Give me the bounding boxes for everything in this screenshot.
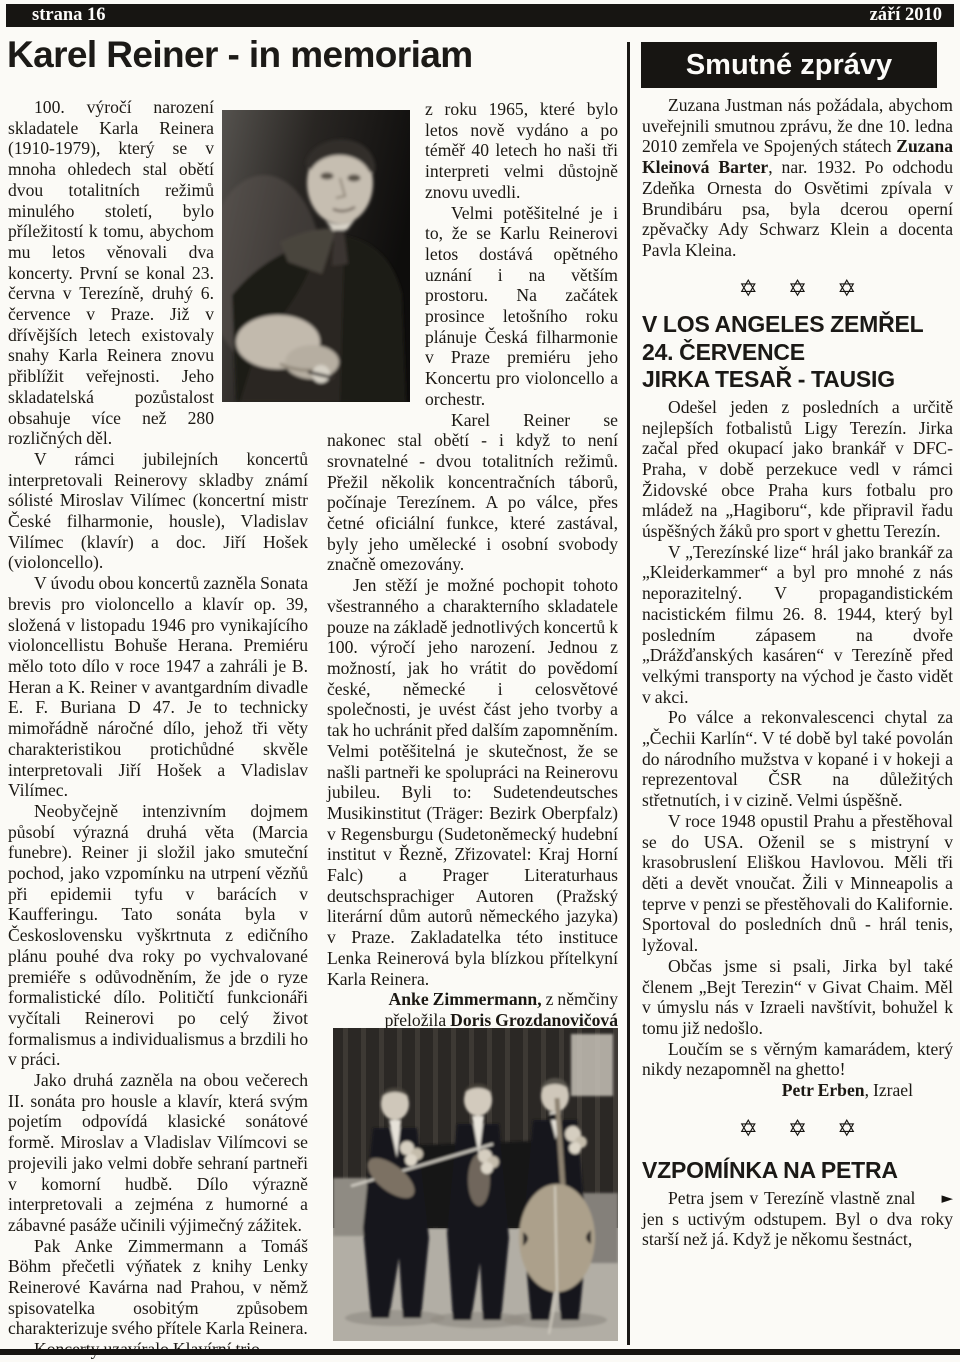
- obituary-paragraph: Odešel jeden z posledních a určitě nejle…: [642, 397, 953, 542]
- article-signature: Anke Zimmermann, z němčiny přeložila Dor…: [327, 989, 618, 1030]
- section-header-label: Smutné zprávy: [686, 49, 892, 82]
- section-header-sad-news: Smutné zprávy: [641, 42, 937, 88]
- article-paragraph: Jen stěží je možné pochopit tohoto všest…: [327, 575, 618, 989]
- memory-paragraph: ►Petra jsem v Terezíně vlastně znal jen …: [642, 1188, 953, 1250]
- article-paragraph: Pak Anke Zimmermann a Tomáš Böhm přečetl…: [8, 1236, 308, 1340]
- article-paragraph: V rámci jubilejních koncertů interpretov…: [8, 449, 308, 573]
- star-of-david-icon: ✡: [837, 1116, 856, 1142]
- obituary-signature: Petr Erben, Izrael: [642, 1080, 953, 1101]
- star-divider-row: ✡✡✡: [642, 279, 953, 300]
- translator-name-2: Doris Grozdanovičová: [450, 1010, 618, 1030]
- karel-reiner-portrait-photo: [222, 110, 410, 402]
- portrait-photo-graphic: [222, 110, 410, 402]
- article-paragraph: Jako druhá zazněla na obou večerech II. …: [8, 1070, 308, 1236]
- author-name: Petr Erben: [782, 1080, 865, 1100]
- page-footer-rule: [0, 1349, 960, 1355]
- obituary-heading-line: V LOS ANGELES ZEMŘEL: [642, 311, 953, 339]
- continuation-arrow-icon: ►: [915, 1188, 953, 1209]
- star-of-david-icon: ✡: [739, 1116, 758, 1142]
- star-of-david-icon: ✡: [739, 276, 758, 302]
- obituary-paragraph: V roce 1948 opustil Prahu a přestěhoval …: [642, 811, 953, 956]
- memory-heading: VZPOMÍNKA NA PETRA: [642, 1157, 953, 1185]
- star-of-david-icon: ✡: [837, 276, 856, 302]
- article-paragraph: V úvodu obou koncertů zazněla Sonata bre…: [8, 573, 308, 801]
- piano-trio-photo: [333, 1028, 618, 1341]
- article-paragraph: Karel Reiner se nakonec stal obětí - i k…: [327, 410, 618, 576]
- trio-photo-graphic: [333, 1028, 618, 1341]
- obituary-paragraph: Po válce a rekonvalescenci chytal za „Če…: [642, 707, 953, 811]
- obituary-heading-line: JIRKA TESAŘ - TAUSIG: [642, 366, 953, 394]
- obituary-heading-line: 24. ČERVENCE: [642, 339, 953, 367]
- sad-news-column: Zuzana Justman nás požádala, abychom uve…: [642, 95, 953, 1250]
- obituary-heading: V LOS ANGELES ZEMŘEL 24. ČERVENCE JIRKA …: [642, 311, 953, 394]
- page-number-label: strana 16: [32, 5, 106, 26]
- author-country: , Izrael: [865, 1080, 913, 1100]
- obituary-paragraph: Občas jsme si psali, Jirka byl také člen…: [642, 956, 953, 1039]
- page-header-bar: strana 16 září 2010: [6, 4, 954, 27]
- obituary-paragraph: V „Terezínské lize“ hrál jako brankář za…: [642, 542, 953, 708]
- obituary-paragraph: Zuzana Justman nás požádala, abychom uve…: [642, 95, 953, 261]
- translator-name-1: Anke Zimmermann,: [389, 989, 542, 1009]
- newspaper-page: strana 16 září 2010 Karel Reiner - in me…: [0, 0, 960, 1362]
- star-divider-row: ✡✡✡: [642, 1119, 953, 1140]
- article-paragraph: Neobyčejně intenzivním dojmem působí výr…: [8, 801, 308, 1070]
- article-title: Karel Reiner - in memoriam: [7, 34, 473, 76]
- obituary-paragraph: Loučím se s věrným kamarádem, který nikd…: [642, 1039, 953, 1080]
- column-divider-rule: [627, 42, 630, 1345]
- star-of-david-icon: ✡: [788, 1116, 807, 1142]
- star-of-david-icon: ✡: [788, 276, 807, 302]
- memory-text: Petra jsem v Terezíně vlastně znal jen s…: [642, 1188, 953, 1249]
- issue-date-label: září 2010: [870, 5, 942, 26]
